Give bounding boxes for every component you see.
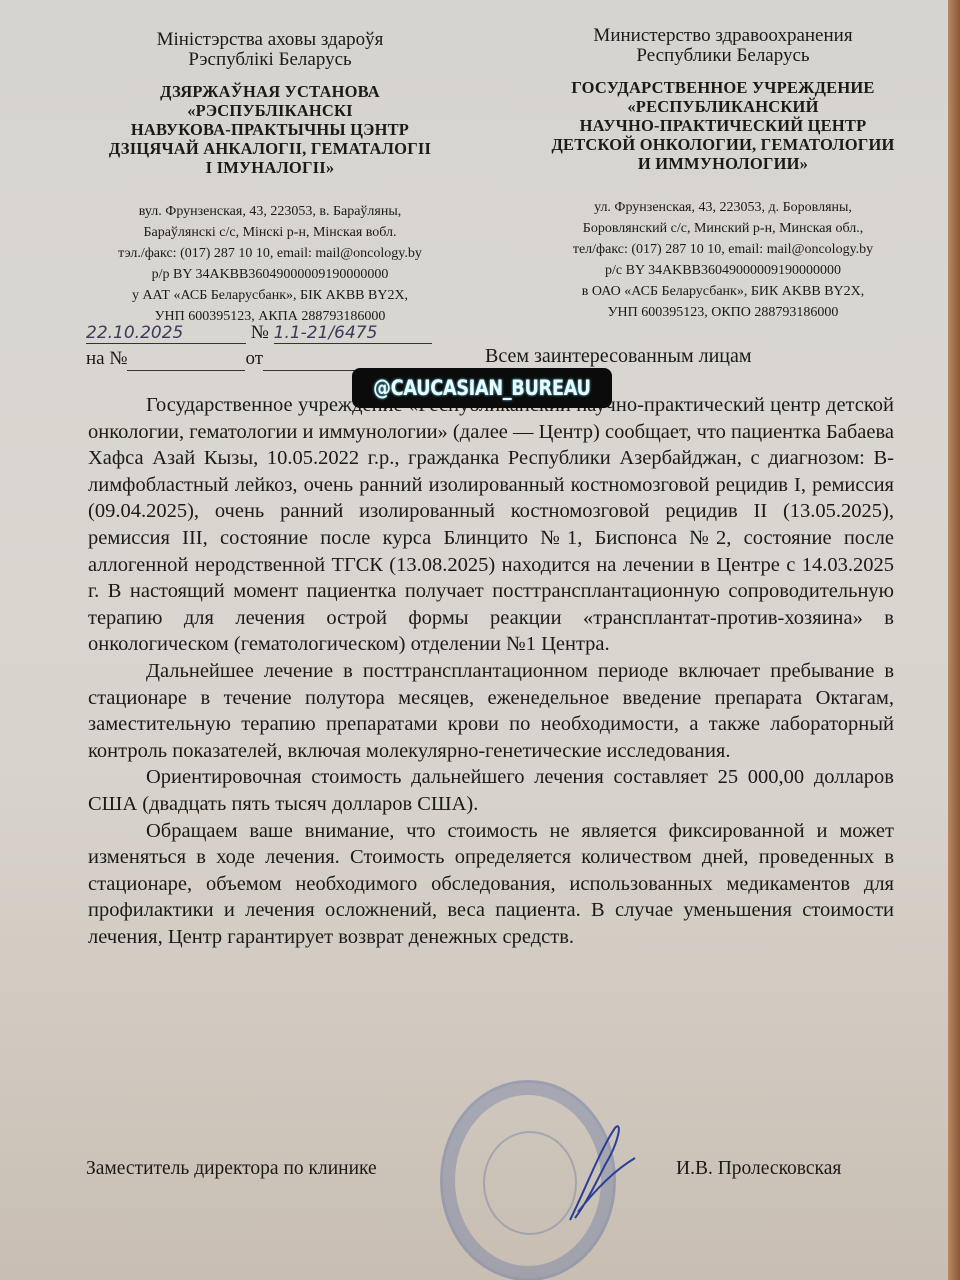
address-be: вул. Фрунзенская, 43, 223053, в. Бараўля… <box>84 201 456 327</box>
address-line: Бараўлянскі с/с, Мінскі р-н, Мінская воб… <box>84 222 456 243</box>
paragraph-cost-notice: Обращаем ваше внимание, что стоимость не… <box>88 818 894 951</box>
ministry-line: Рэспублікі Беларусь <box>84 50 456 70</box>
organization-name-be: ДЗЯРЖАЎНАЯ УСТАНОВА «РЭСПУБЛІКАНСКІ НАВУ… <box>84 82 456 177</box>
paragraph-diagnosis: Государственное учреждение «Республиканс… <box>88 392 894 658</box>
address-ru: ул. Фрунзенская, 43, 223053, д. Боровлян… <box>526 197 920 323</box>
address-line: р/с BY 34AKBB36049000009190000000 <box>526 260 920 281</box>
registration-line: 22.10.2025 № 1.1-21/6475 <box>86 322 432 344</box>
ministry-line: Республики Беларусь <box>526 46 920 66</box>
address-line: тэл./факс: (017) 287 10 10, email: mail@… <box>84 243 456 264</box>
header-belarusian: Міністэрства аховы здароўя Рэспублікі Бе… <box>84 30 456 327</box>
watermark-text: @CAUCASIAN_BUREAU <box>373 376 590 400</box>
letter-body: Государственное учреждение «Республиканс… <box>88 392 894 950</box>
letter-date: 22.10.2025 <box>86 323 246 344</box>
org-line: ДЕТСКОЙ ОНКОЛОГИИ, ГЕМАТОЛОГИИ <box>526 135 920 154</box>
address-line: тел/факс: (017) 287 10 10, email: mail@o… <box>526 239 920 260</box>
address-line: вул. Фрунзенская, 43, 223053, в. Бараўля… <box>84 201 456 222</box>
org-line: НАУЧНО-ПРАКТИЧЕСКИЙ ЦЕНТР <box>526 116 920 135</box>
address-line: ул. Фрунзенская, 43, 223053, д. Боровлян… <box>526 197 920 218</box>
paragraph-cost: Ориентировочная стоимость дальнейшего ле… <box>88 764 894 817</box>
address-line: р/р BY 34AKBB36049000009190000000 <box>84 264 456 285</box>
org-line: ГОСУДАРСТВЕННОЕ УЧРЕЖДЕНИЕ <box>526 78 920 97</box>
org-line: «РЕСПУБЛИКАНСКИЙ <box>526 97 920 116</box>
ministry-name-be: Міністэрства аховы здароўя Рэспублікі Бе… <box>84 30 456 70</box>
signatory-position: Заместитель директора по клинике <box>86 1158 377 1180</box>
number-label: № <box>251 322 269 343</box>
signature-scribble-icon <box>560 1120 640 1230</box>
addressee: Всем заинтересованным лицам <box>485 345 752 368</box>
address-line: УНП 600395123, ОКПО 288793186000 <box>526 302 920 323</box>
org-line: «РЭСПУБЛІКАНСКІ <box>84 101 456 120</box>
org-line: ДЗІЦЯЧАЙ АНКАЛОГІІ, ГЕМАТАЛОГІІ <box>84 139 456 158</box>
address-line: Боровлянский с/с, Минский р-н, Минская о… <box>526 218 920 239</box>
ministry-name-ru: Министерство здравоохранения Республики … <box>526 26 920 66</box>
ministry-line: Міністэрства аховы здароўя <box>84 30 456 50</box>
org-line: І ІМУНАЛОГІІ» <box>84 158 456 177</box>
organization-name-ru: ГОСУДАРСТВЕННОЕ УЧРЕЖДЕНИЕ «РЕСПУБЛИКАНС… <box>526 78 920 173</box>
org-line: ДЗЯРЖАЎНАЯ УСТАНОВА <box>84 82 456 101</box>
address-line: в ОАО «АСБ Беларусбанк», БИК AKBB BY2X, <box>526 281 920 302</box>
table-edge <box>948 0 960 1280</box>
letter-number: 1.1-21/6475 <box>274 323 432 344</box>
ministry-line: Министерство здравоохранения <box>526 26 920 46</box>
org-line: НАВУКОВА-ПРАКТЫЧНЫ ЦЭНТР <box>84 120 456 139</box>
reply-to-label: на № <box>86 348 127 369</box>
header-russian: Министерство здравоохранения Республики … <box>526 26 920 323</box>
letter-paper: Міністэрства аховы здароўя Рэспублікі Бе… <box>0 0 948 1280</box>
org-line: И ИММУНОЛОГИИ» <box>526 154 920 173</box>
signatory-name: И.В. Пролесковская <box>676 1158 841 1180</box>
watermark-badge: @CAUCASIAN_BUREAU <box>352 368 612 408</box>
address-line: у ААТ «АСБ Беларусбанк», БІК AKBB BY2X, <box>84 285 456 306</box>
paragraph-treatment: Дальнейшее лечение в посттрансплантацион… <box>88 658 894 764</box>
from-label: от <box>245 348 263 369</box>
